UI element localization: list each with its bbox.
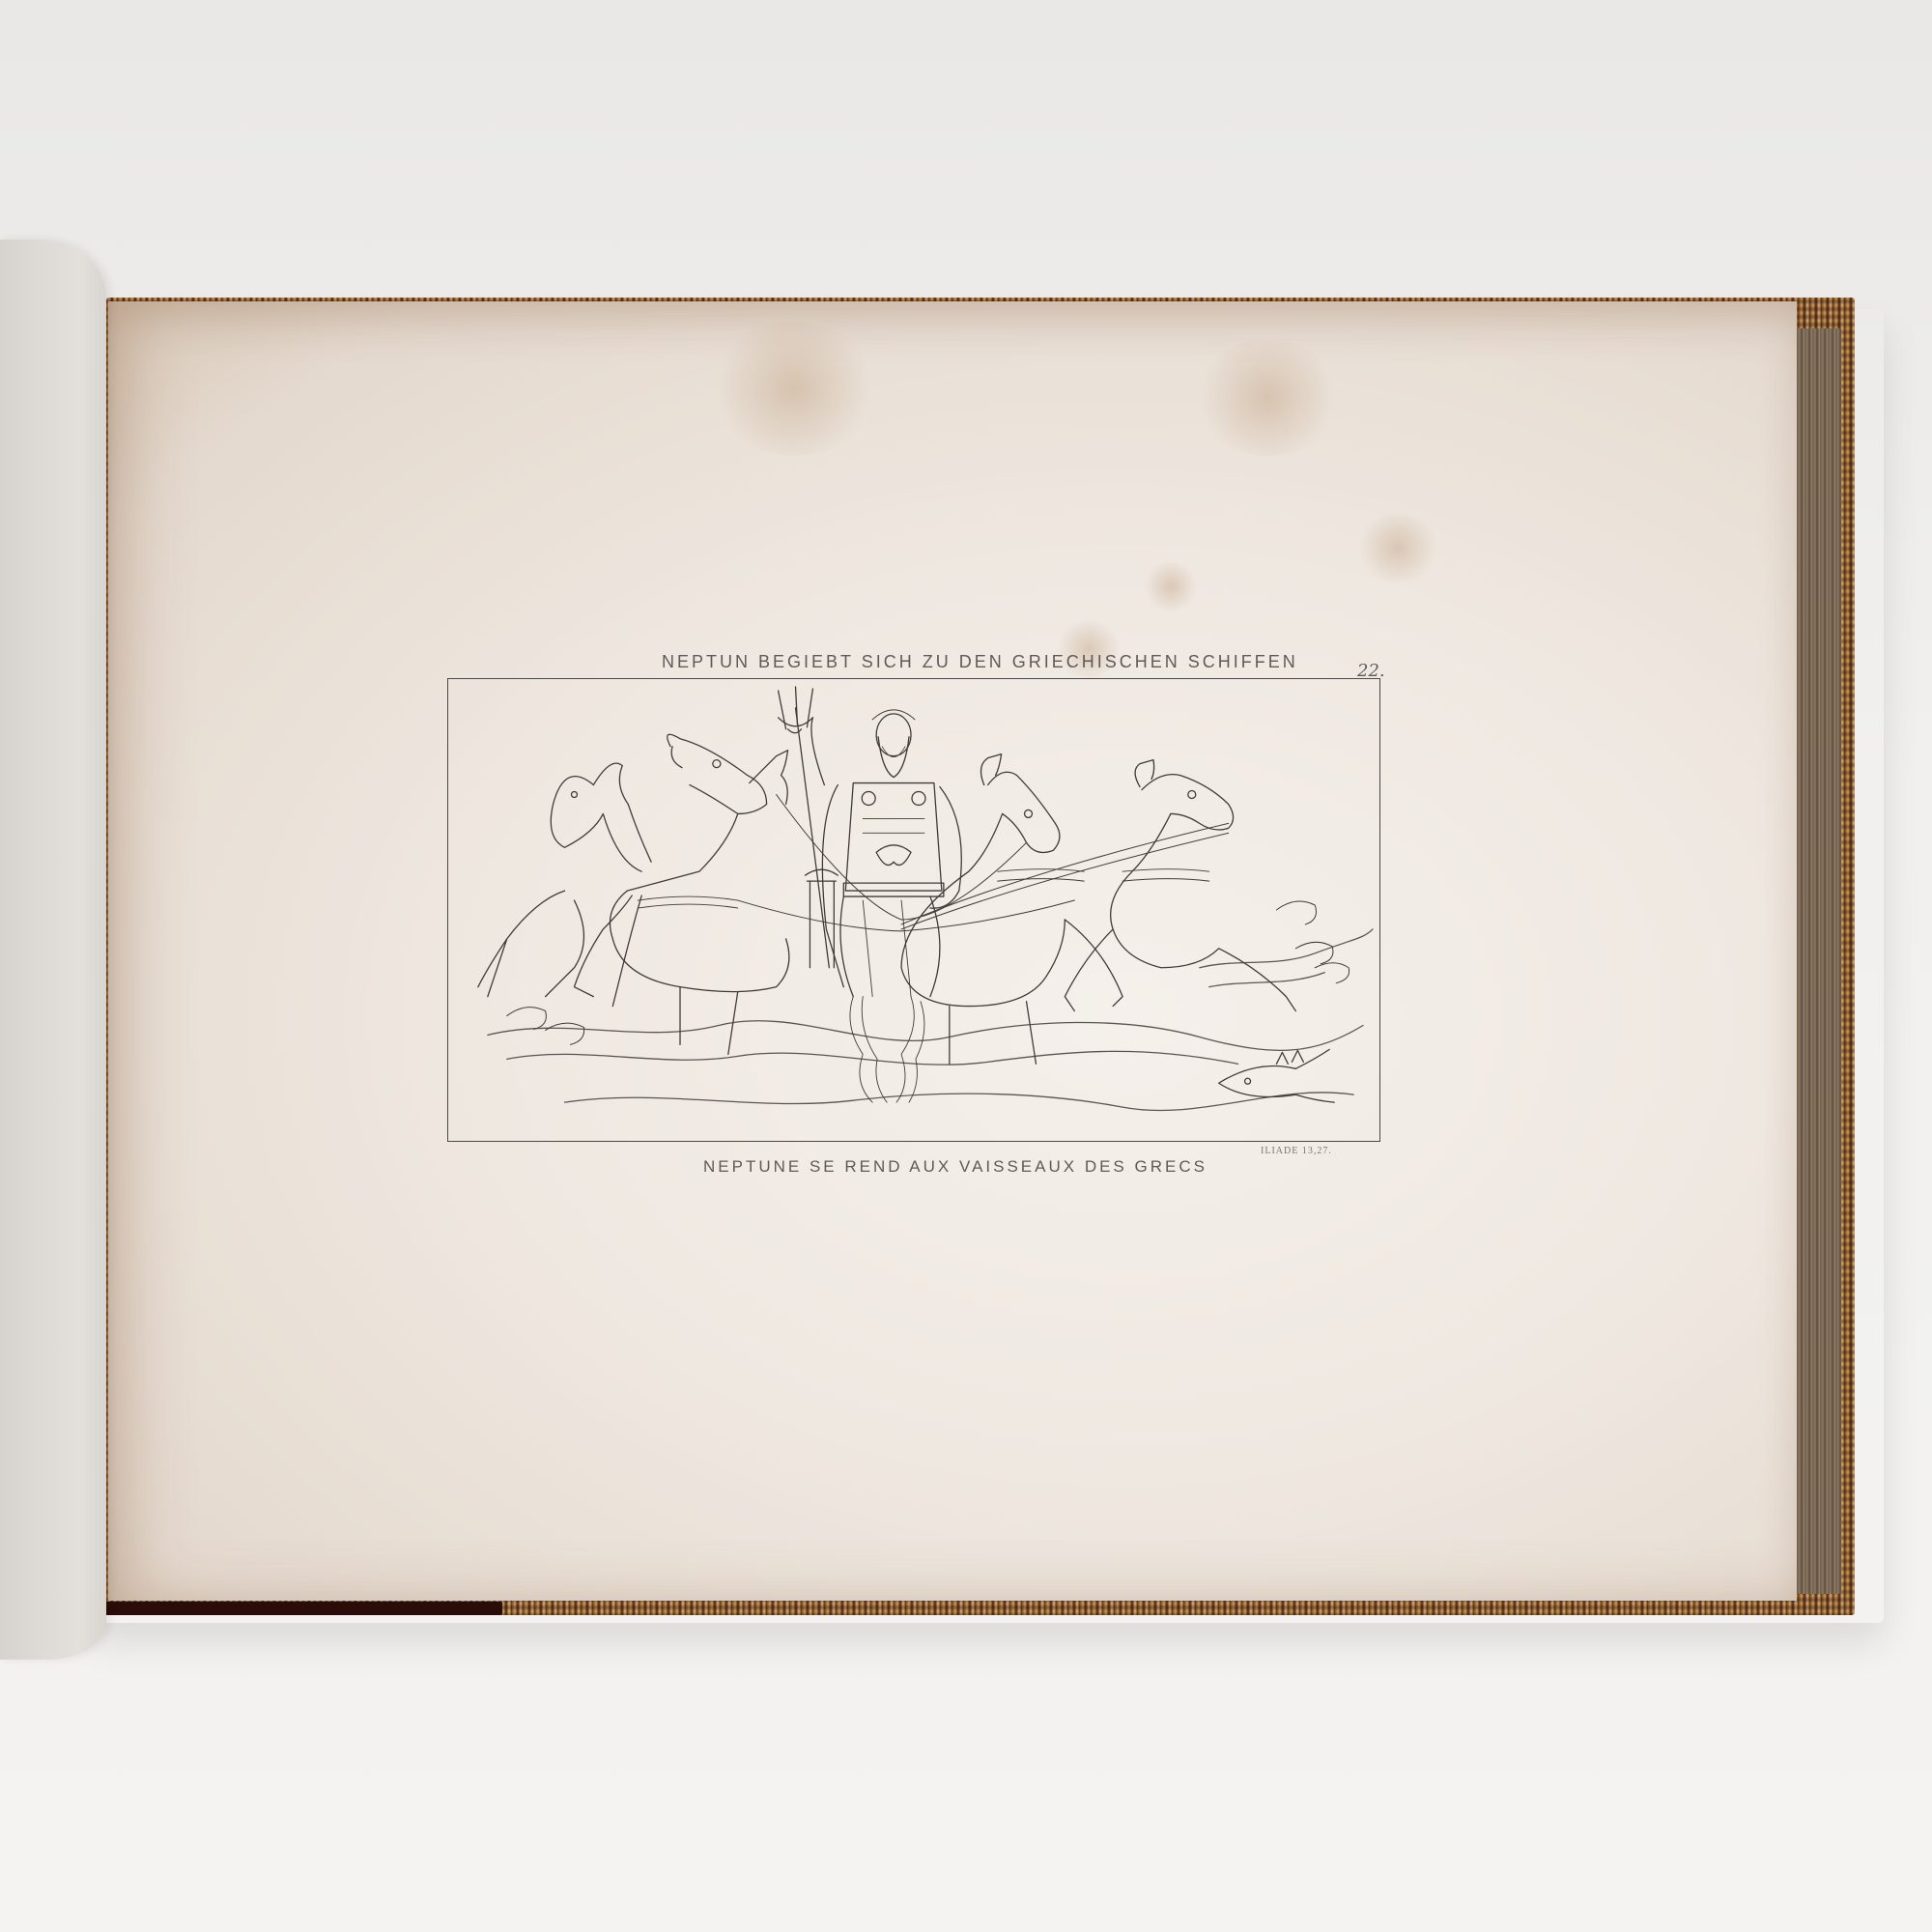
foxing-stain: [1354, 514, 1441, 582]
neptune-chariot-engraving: [448, 679, 1379, 1141]
plate-title-german: NEPTUN BEGIEBT SICH ZU DEN GRIECHISCHEN …: [662, 652, 1298, 672]
plate-title-french: NEPTUNE SE REND AUX VAISSEAUX DES GRECS: [703, 1157, 1207, 1177]
reins: [738, 795, 1229, 931]
foxing-stain: [1142, 562, 1200, 611]
plate-reference: ILIADE 13,27.: [1261, 1146, 1332, 1156]
horse-right-rear: [1065, 760, 1295, 1011]
sea-horse-tails: [850, 997, 924, 1103]
sea-creatures-icon: [1276, 901, 1349, 983]
page-fore-edge: [1795, 328, 1841, 1594]
sea-creatures-icon: [507, 1008, 584, 1045]
foxing-stain: [1190, 340, 1345, 456]
trident-icon: [779, 687, 830, 968]
foxing-stain: [707, 321, 881, 456]
dark-cover-edge: [97, 1602, 502, 1615]
photo-background: NEPTUN BEGIEBT SICH ZU DEN GRIECHISCHEN …: [0, 0, 1932, 1932]
dolphin-icon: [1219, 1049, 1335, 1102]
left-page-stack: [0, 240, 106, 1660]
engraving-frame: [447, 678, 1380, 1142]
horse-left-front: [574, 734, 788, 1054]
